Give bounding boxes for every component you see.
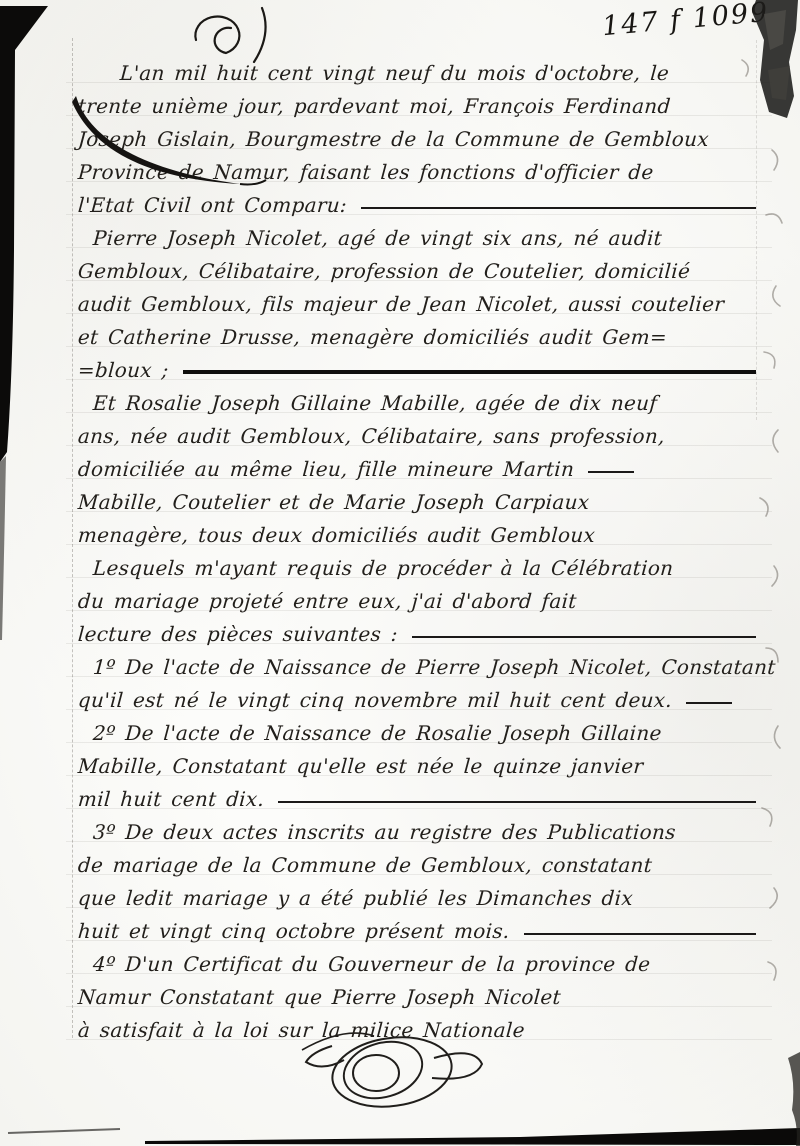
- document-text: L'an mil huit cent vingt neuf du mois d'…: [78, 52, 766, 1042]
- document-line: lecture des pièces suivantes :: [78, 613, 766, 646]
- document-line-text: audit Gembloux, fils majeur de Jean Nico…: [77, 292, 725, 316]
- document-line: domiciliée au même lieu, fille mineure M…: [78, 448, 766, 481]
- document-line-text: huit et vingt cinq octobre présent mois.: [77, 919, 510, 943]
- document-line-text: 3º De deux actes inscrits au registre de…: [92, 820, 676, 844]
- document-line-text: 2º De l'acte de Naissance de Rosalie Jos…: [92, 721, 662, 745]
- document-line-text: et Catherine Drusse, menagère domiciliés…: [77, 325, 668, 349]
- document-line-text: de mariage de la Commune de Gembloux, co…: [77, 853, 653, 877]
- document-line-text: l'Etat Civil ont Comparu:: [77, 193, 348, 217]
- document-line-text: Lesquels m'ayant requis de procéder à la…: [92, 556, 674, 580]
- inked-rule: [412, 636, 756, 638]
- document-line-text: domiciliée au même lieu, fille mineure M…: [77, 457, 575, 481]
- document-line-text: Gembloux, Célibataire, profession de Cou…: [77, 259, 691, 283]
- document-line: qu'il est né le vingt cinq novembre mil …: [78, 679, 766, 712]
- document-line-text: Province de Namur, faisant les fonctions…: [77, 160, 654, 184]
- document-line-text: mil huit cent dix.: [77, 787, 265, 811]
- document-line: Mabille, Coutelier et de Marie Joseph Ca…: [78, 481, 766, 514]
- document-line: 2º De l'acte de Naissance de Rosalie Jos…: [78, 712, 766, 745]
- document-line-text: menagère, tous deux domiciliés audit Gem…: [77, 523, 596, 547]
- document-line: Mabille, Constatant qu'elle est née le q…: [78, 745, 766, 778]
- document-line: L'an mil huit cent vingt neuf du mois d'…: [78, 52, 766, 85]
- document-line: Lesquels m'ayant requis de procéder à la…: [78, 547, 766, 580]
- document-line: huit et vingt cinq octobre présent mois.: [78, 910, 766, 943]
- document-line: 3º De deux actes inscrits au registre de…: [78, 811, 766, 844]
- inked-rule: [183, 370, 756, 374]
- document-line: à satisfait à la loi sur la milice Natio…: [78, 1009, 766, 1042]
- document-line: Joseph Gislain, Bourgmestre de la Commun…: [78, 118, 766, 151]
- document-line-text: du mariage projeté entre eux, j'ai d'abo…: [77, 589, 577, 613]
- document-line-text: ans, née audit Gembloux, Célibataire, sa…: [77, 424, 666, 448]
- document-line: 4º D'un Certificat du Gouverneur de la p…: [78, 943, 766, 976]
- document-line-text: lecture des pièces suivantes :: [77, 622, 399, 646]
- document-line: 1º De l'acte de Naissance de Pierre Jose…: [78, 646, 766, 679]
- document-line: menagère, tous deux domiciliés audit Gem…: [78, 514, 766, 547]
- bottom-edge-shadow: [8, 1052, 800, 1146]
- document-line-text: Et Rosalie Joseph Gillaine Mabille, agée…: [92, 391, 658, 415]
- document-line-text: Mabille, Constatant qu'elle est née le q…: [77, 754, 644, 778]
- document-line: l'Etat Civil ont Comparu:: [78, 184, 766, 217]
- document-line: et Catherine Drusse, menagère domiciliés…: [78, 316, 766, 349]
- document-line-text: 4º D'un Certificat du Gouverneur de la p…: [92, 952, 651, 976]
- inked-rule: [524, 933, 756, 935]
- document-line: Namur Constatant que Pierre Joseph Nicol…: [78, 976, 766, 1009]
- folio-number: 147 f 1099: [601, 0, 770, 42]
- document-line: Pierre Joseph Nicolet, agé de vingt six …: [78, 217, 766, 250]
- document-line-text: trente unième jour, pardevant moi, Franç…: [77, 94, 671, 118]
- document-line-text: Namur Constatant que Pierre Joseph Nicol…: [77, 985, 562, 1009]
- document-line-text: à satisfait à la loi sur la milice Natio…: [77, 1018, 526, 1042]
- document-line: trente unième jour, pardevant moi, Franç…: [78, 85, 766, 118]
- document-line-text: qu'il est né le vingt cinq novembre mil …: [77, 688, 673, 712]
- document-line: Et Rosalie Joseph Gillaine Mabille, agée…: [78, 382, 766, 415]
- document-line-text: =bloux ;: [77, 358, 169, 382]
- document-line: ans, née audit Gembloux, Célibataire, sa…: [78, 415, 766, 448]
- document-line-text: Mabille, Coutelier et de Marie Joseph Ca…: [77, 490, 590, 514]
- document-line-text: Joseph Gislain, Bourgmestre de la Commun…: [77, 127, 710, 151]
- document-line: mil huit cent dix.: [78, 778, 766, 811]
- inked-rule: [686, 702, 732, 704]
- document-line-text: Pierre Joseph Nicolet, agé de vingt six …: [92, 226, 663, 250]
- document-line: du mariage projeté entre eux, j'ai d'abo…: [78, 580, 766, 613]
- document-line: audit Gembloux, fils majeur de Jean Nico…: [78, 283, 766, 316]
- document-line: =bloux ;: [78, 349, 766, 382]
- left-margin-rule: [72, 38, 73, 1038]
- document-line-text: que ledit mariage y a été publié les Dim…: [77, 886, 634, 910]
- document-line: Province de Namur, faisant les fonctions…: [78, 151, 766, 184]
- document-line: que ledit mariage y a été publié les Dim…: [78, 877, 766, 910]
- left-edge-shadow: [0, 6, 48, 640]
- document-line-text: L'an mil huit cent vingt neuf du mois d'…: [119, 61, 670, 85]
- inked-rule: [361, 207, 756, 209]
- scanned-register-page: 147 f 1099 L'an mil huit cent vingt neuf…: [0, 0, 800, 1146]
- closing-flourish-icon: [302, 1030, 482, 1114]
- inked-rule: [278, 801, 756, 803]
- document-line: de mariage de la Commune de Gembloux, co…: [78, 844, 766, 877]
- document-line-text: 1º De l'acte de Naissance de Pierre Jose…: [92, 655, 776, 679]
- document-line: Gembloux, Célibataire, profession de Cou…: [78, 250, 766, 283]
- inked-rule: [588, 471, 634, 473]
